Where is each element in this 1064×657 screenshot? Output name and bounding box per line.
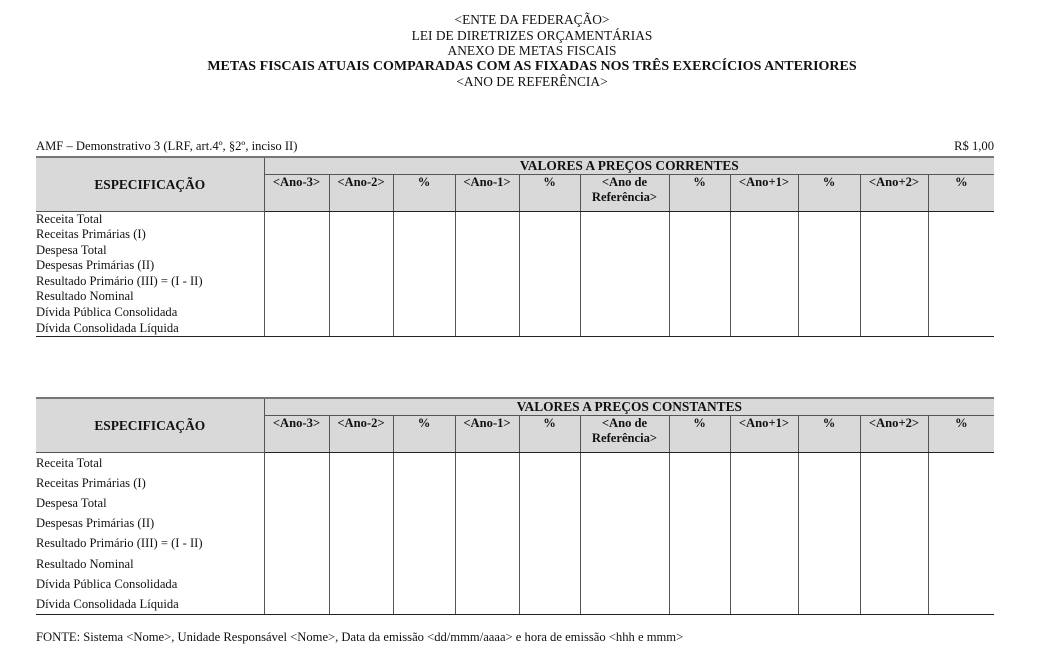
value-cell: [264, 594, 329, 615]
value-cell: [329, 574, 393, 594]
value-cell: [928, 227, 994, 243]
value-cell: [730, 321, 798, 337]
value-cell: [860, 305, 928, 321]
value-cell: [329, 513, 393, 533]
value-cell: [264, 305, 329, 321]
value-cell: [860, 211, 928, 227]
value-cell: [393, 321, 455, 337]
value-cell: [669, 243, 730, 259]
value-cell: [393, 574, 455, 594]
value-cell: [669, 554, 730, 574]
value-cell: [393, 227, 455, 243]
value-cell: [519, 493, 580, 513]
value-cell: [928, 321, 994, 337]
row-label: Receitas Primárias (I): [36, 473, 264, 493]
value-cell: [730, 452, 798, 473]
value-cell: [928, 493, 994, 513]
table-row: Receita Total: [36, 211, 994, 227]
value-cell: [860, 243, 928, 259]
value-cell: [798, 289, 860, 305]
value-cell: [928, 305, 994, 321]
value-cell: [329, 452, 393, 473]
value-cell: [798, 513, 860, 533]
value-cell: [730, 554, 798, 574]
table-row: Dívida Consolidada Líquida: [36, 321, 994, 337]
statement-label: AMF – Demonstrativo 3 (LRF, art.4º, §2º,…: [36, 139, 297, 154]
value-cell: [455, 258, 519, 274]
value-cell: [860, 594, 928, 615]
table-row: Receitas Primárias (I): [36, 227, 994, 243]
value-cell: [669, 473, 730, 493]
row-label: Despesa Total: [36, 493, 264, 513]
value-cell: [393, 594, 455, 615]
column-header: <Ano-2>: [329, 174, 393, 211]
value-cell: [580, 321, 669, 337]
value-cell: [329, 274, 393, 290]
value-cell: [519, 258, 580, 274]
value-cell: [669, 321, 730, 337]
value-cell: [860, 533, 928, 553]
value-cell: [928, 452, 994, 473]
value-cell: [455, 211, 519, 227]
value-cell: [455, 513, 519, 533]
column-header: %: [669, 415, 730, 452]
value-cell: [798, 574, 860, 594]
value-cell: [519, 513, 580, 533]
value-cell: [860, 258, 928, 274]
value-cell: [669, 258, 730, 274]
value-cell: [455, 227, 519, 243]
value-cell: [393, 513, 455, 533]
value-cell: [860, 274, 928, 290]
column-header: <Ano de Referência>: [580, 415, 669, 452]
value-cell: [798, 473, 860, 493]
value-cell: [519, 473, 580, 493]
column-header: <Ano+2>: [860, 415, 928, 452]
row-label: Dívida Pública Consolidada: [36, 574, 264, 594]
value-cell: [798, 493, 860, 513]
value-cell: [928, 473, 994, 493]
value-cell: [580, 513, 669, 533]
value-cell: [730, 305, 798, 321]
value-cell: [928, 533, 994, 553]
table-row: Despesas Primárias (II): [36, 258, 994, 274]
source-footer: FONTE: Sistema <Nome>, Unidade Responsáv…: [36, 630, 683, 645]
value-cell: [669, 513, 730, 533]
currency-unit: R$ 1,00: [954, 139, 994, 154]
value-cell: [455, 452, 519, 473]
law-name: LEI DE DIRETRIZES ORÇAMENTÁRIAS: [0, 28, 1064, 44]
value-cell: [455, 554, 519, 574]
value-cell: [519, 211, 580, 227]
table-row: Dívida Pública Consolidada: [36, 574, 994, 594]
value-cell: [730, 211, 798, 227]
value-cell: [519, 227, 580, 243]
row-label: Resultado Nominal: [36, 289, 264, 305]
value-cell: [798, 274, 860, 290]
value-cell: [669, 211, 730, 227]
value-cell: [798, 305, 860, 321]
statement-meta: AMF – Demonstrativo 3 (LRF, art.4º, §2º,…: [36, 139, 994, 154]
value-cell: [730, 258, 798, 274]
row-label: Despesas Primárias (II): [36, 258, 264, 274]
value-cell: [329, 594, 393, 615]
value-cell: [798, 258, 860, 274]
value-cell: [730, 243, 798, 259]
value-cell: [393, 493, 455, 513]
value-cell: [860, 473, 928, 493]
column-header: %: [519, 415, 580, 452]
value-cell: [393, 289, 455, 305]
current-prices-table: ESPECIFICAÇÃOVALORES A PREÇOS CORRENTES<…: [36, 156, 994, 337]
column-header: <Ano-2>: [329, 415, 393, 452]
column-header: %: [393, 415, 455, 452]
column-header: <Ano-3>: [264, 415, 329, 452]
value-cell: [393, 243, 455, 259]
column-header: %: [928, 174, 994, 211]
value-cell: [580, 533, 669, 553]
value-cell: [264, 554, 329, 574]
row-label: Despesas Primárias (II): [36, 513, 264, 533]
table-row: Dívida Consolidada Líquida: [36, 594, 994, 615]
value-cell: [519, 305, 580, 321]
row-label: Resultado Primário (III) = (I - II): [36, 274, 264, 290]
value-cell: [730, 574, 798, 594]
value-cell: [669, 289, 730, 305]
value-cell: [455, 243, 519, 259]
value-cell: [669, 574, 730, 594]
group-header: VALORES A PREÇOS CONSTANTES: [264, 398, 994, 415]
value-cell: [730, 513, 798, 533]
value-cell: [393, 258, 455, 274]
column-header: <Ano-1>: [455, 174, 519, 211]
value-cell: [264, 227, 329, 243]
value-cell: [329, 227, 393, 243]
value-cell: [455, 594, 519, 615]
value-cell: [264, 321, 329, 337]
value-cell: [329, 258, 393, 274]
row-label: Resultado Primário (III) = (I - II): [36, 533, 264, 553]
value-cell: [519, 533, 580, 553]
column-header: <Ano-3>: [264, 174, 329, 211]
value-cell: [455, 533, 519, 553]
value-cell: [455, 473, 519, 493]
document-header: <ENTE DA FEDERAÇÃO> LEI DE DIRETRIZES OR…: [0, 12, 1064, 90]
column-header: %: [928, 415, 994, 452]
value-cell: [519, 274, 580, 290]
table-row: Resultado Nominal: [36, 554, 994, 574]
value-cell: [455, 493, 519, 513]
column-header: %: [519, 174, 580, 211]
value-cell: [264, 211, 329, 227]
value-cell: [798, 554, 860, 574]
value-cell: [580, 289, 669, 305]
column-header: <Ano de Referência>: [580, 174, 669, 211]
value-cell: [860, 452, 928, 473]
value-cell: [580, 305, 669, 321]
value-cell: [798, 321, 860, 337]
column-header: %: [393, 174, 455, 211]
value-cell: [669, 274, 730, 290]
value-cell: [329, 211, 393, 227]
value-cell: [860, 513, 928, 533]
value-cell: [329, 305, 393, 321]
row-label: Receita Total: [36, 452, 264, 473]
value-cell: [455, 274, 519, 290]
row-label: Dívida Consolidada Líquida: [36, 594, 264, 615]
value-cell: [393, 211, 455, 227]
column-header: %: [798, 415, 860, 452]
constant-prices-table: ESPECIFICAÇÃOVALORES A PREÇOS CONSTANTES…: [36, 397, 994, 615]
table-row: Resultado Nominal: [36, 289, 994, 305]
value-cell: [519, 289, 580, 305]
value-cell: [264, 258, 329, 274]
value-cell: [519, 321, 580, 337]
value-cell: [669, 493, 730, 513]
value-cell: [798, 211, 860, 227]
value-cell: [580, 258, 669, 274]
table-row: Despesa Total: [36, 243, 994, 259]
value-cell: [928, 594, 994, 615]
value-cell: [669, 305, 730, 321]
column-header: %: [798, 174, 860, 211]
value-cell: [264, 493, 329, 513]
value-cell: [264, 473, 329, 493]
value-cell: [860, 493, 928, 513]
value-cell: [730, 227, 798, 243]
value-cell: [730, 533, 798, 553]
row-label: Despesa Total: [36, 243, 264, 259]
column-header: %: [669, 174, 730, 211]
group-header: VALORES A PREÇOS CORRENTES: [264, 157, 994, 174]
value-cell: [393, 452, 455, 473]
value-cell: [928, 258, 994, 274]
value-cell: [455, 289, 519, 305]
annex-name: ANEXO DE METAS FISCAIS: [0, 43, 1064, 59]
value-cell: [580, 243, 669, 259]
value-cell: [730, 493, 798, 513]
value-cell: [730, 473, 798, 493]
value-cell: [669, 594, 730, 615]
value-cell: [798, 533, 860, 553]
document-title: METAS FISCAIS ATUAIS COMPARADAS COM AS F…: [0, 59, 1064, 75]
value-cell: [264, 533, 329, 553]
value-cell: [393, 305, 455, 321]
value-cell: [730, 594, 798, 615]
value-cell: [519, 452, 580, 473]
value-cell: [860, 321, 928, 337]
entity-name: <ENTE DA FEDERAÇÃO>: [0, 12, 1064, 28]
value-cell: [329, 321, 393, 337]
value-cell: [580, 594, 669, 615]
value-cell: [455, 574, 519, 594]
value-cell: [580, 473, 669, 493]
column-header: <Ano+1>: [730, 415, 798, 452]
value-cell: [580, 211, 669, 227]
value-cell: [264, 274, 329, 290]
value-cell: [928, 513, 994, 533]
table-row: Despesa Total: [36, 493, 994, 513]
table-row: Resultado Primário (III) = (I - II): [36, 274, 994, 290]
value-cell: [730, 274, 798, 290]
value-cell: [580, 574, 669, 594]
value-cell: [798, 452, 860, 473]
row-label: Receita Total: [36, 211, 264, 227]
value-cell: [928, 289, 994, 305]
value-cell: [580, 554, 669, 574]
value-cell: [669, 452, 730, 473]
value-cell: [519, 243, 580, 259]
value-cell: [928, 554, 994, 574]
value-cell: [329, 289, 393, 305]
value-cell: [580, 227, 669, 243]
value-cell: [860, 289, 928, 305]
specification-header: ESPECIFICAÇÃO: [36, 157, 264, 211]
table-row: Despesas Primárias (II): [36, 513, 994, 533]
row-label: Resultado Nominal: [36, 554, 264, 574]
value-cell: [860, 554, 928, 574]
value-cell: [329, 554, 393, 574]
value-cell: [329, 243, 393, 259]
value-cell: [730, 289, 798, 305]
specification-header: ESPECIFICAÇÃO: [36, 398, 264, 452]
column-header: <Ano-1>: [455, 415, 519, 452]
table-row: Receita Total: [36, 452, 994, 473]
value-cell: [928, 574, 994, 594]
value-cell: [455, 305, 519, 321]
value-cell: [393, 274, 455, 290]
row-label: Dívida Consolidada Líquida: [36, 321, 264, 337]
value-cell: [798, 243, 860, 259]
value-cell: [928, 243, 994, 259]
value-cell: [798, 594, 860, 615]
value-cell: [264, 243, 329, 259]
value-cell: [580, 493, 669, 513]
table-row: Receitas Primárias (I): [36, 473, 994, 493]
value-cell: [928, 211, 994, 227]
column-header: <Ano+2>: [860, 174, 928, 211]
value-cell: [580, 274, 669, 290]
row-label: Dívida Pública Consolidada: [36, 305, 264, 321]
value-cell: [329, 533, 393, 553]
table-row: Resultado Primário (III) = (I - II): [36, 533, 994, 553]
value-cell: [580, 452, 669, 473]
value-cell: [798, 227, 860, 243]
column-header: <Ano+1>: [730, 174, 798, 211]
value-cell: [519, 554, 580, 574]
value-cell: [264, 513, 329, 533]
value-cell: [519, 574, 580, 594]
value-cell: [860, 227, 928, 243]
value-cell: [393, 473, 455, 493]
value-cell: [455, 321, 519, 337]
value-cell: [519, 594, 580, 615]
table-row: Dívida Pública Consolidada: [36, 305, 994, 321]
value-cell: [860, 574, 928, 594]
row-label: Receitas Primárias (I): [36, 227, 264, 243]
value-cell: [264, 574, 329, 594]
reference-year: <ANO DE REFERÊNCIA>: [0, 74, 1064, 90]
value-cell: [329, 473, 393, 493]
value-cell: [393, 554, 455, 574]
value-cell: [264, 452, 329, 473]
value-cell: [264, 289, 329, 305]
value-cell: [669, 533, 730, 553]
value-cell: [928, 274, 994, 290]
value-cell: [329, 493, 393, 513]
value-cell: [669, 227, 730, 243]
value-cell: [393, 533, 455, 553]
